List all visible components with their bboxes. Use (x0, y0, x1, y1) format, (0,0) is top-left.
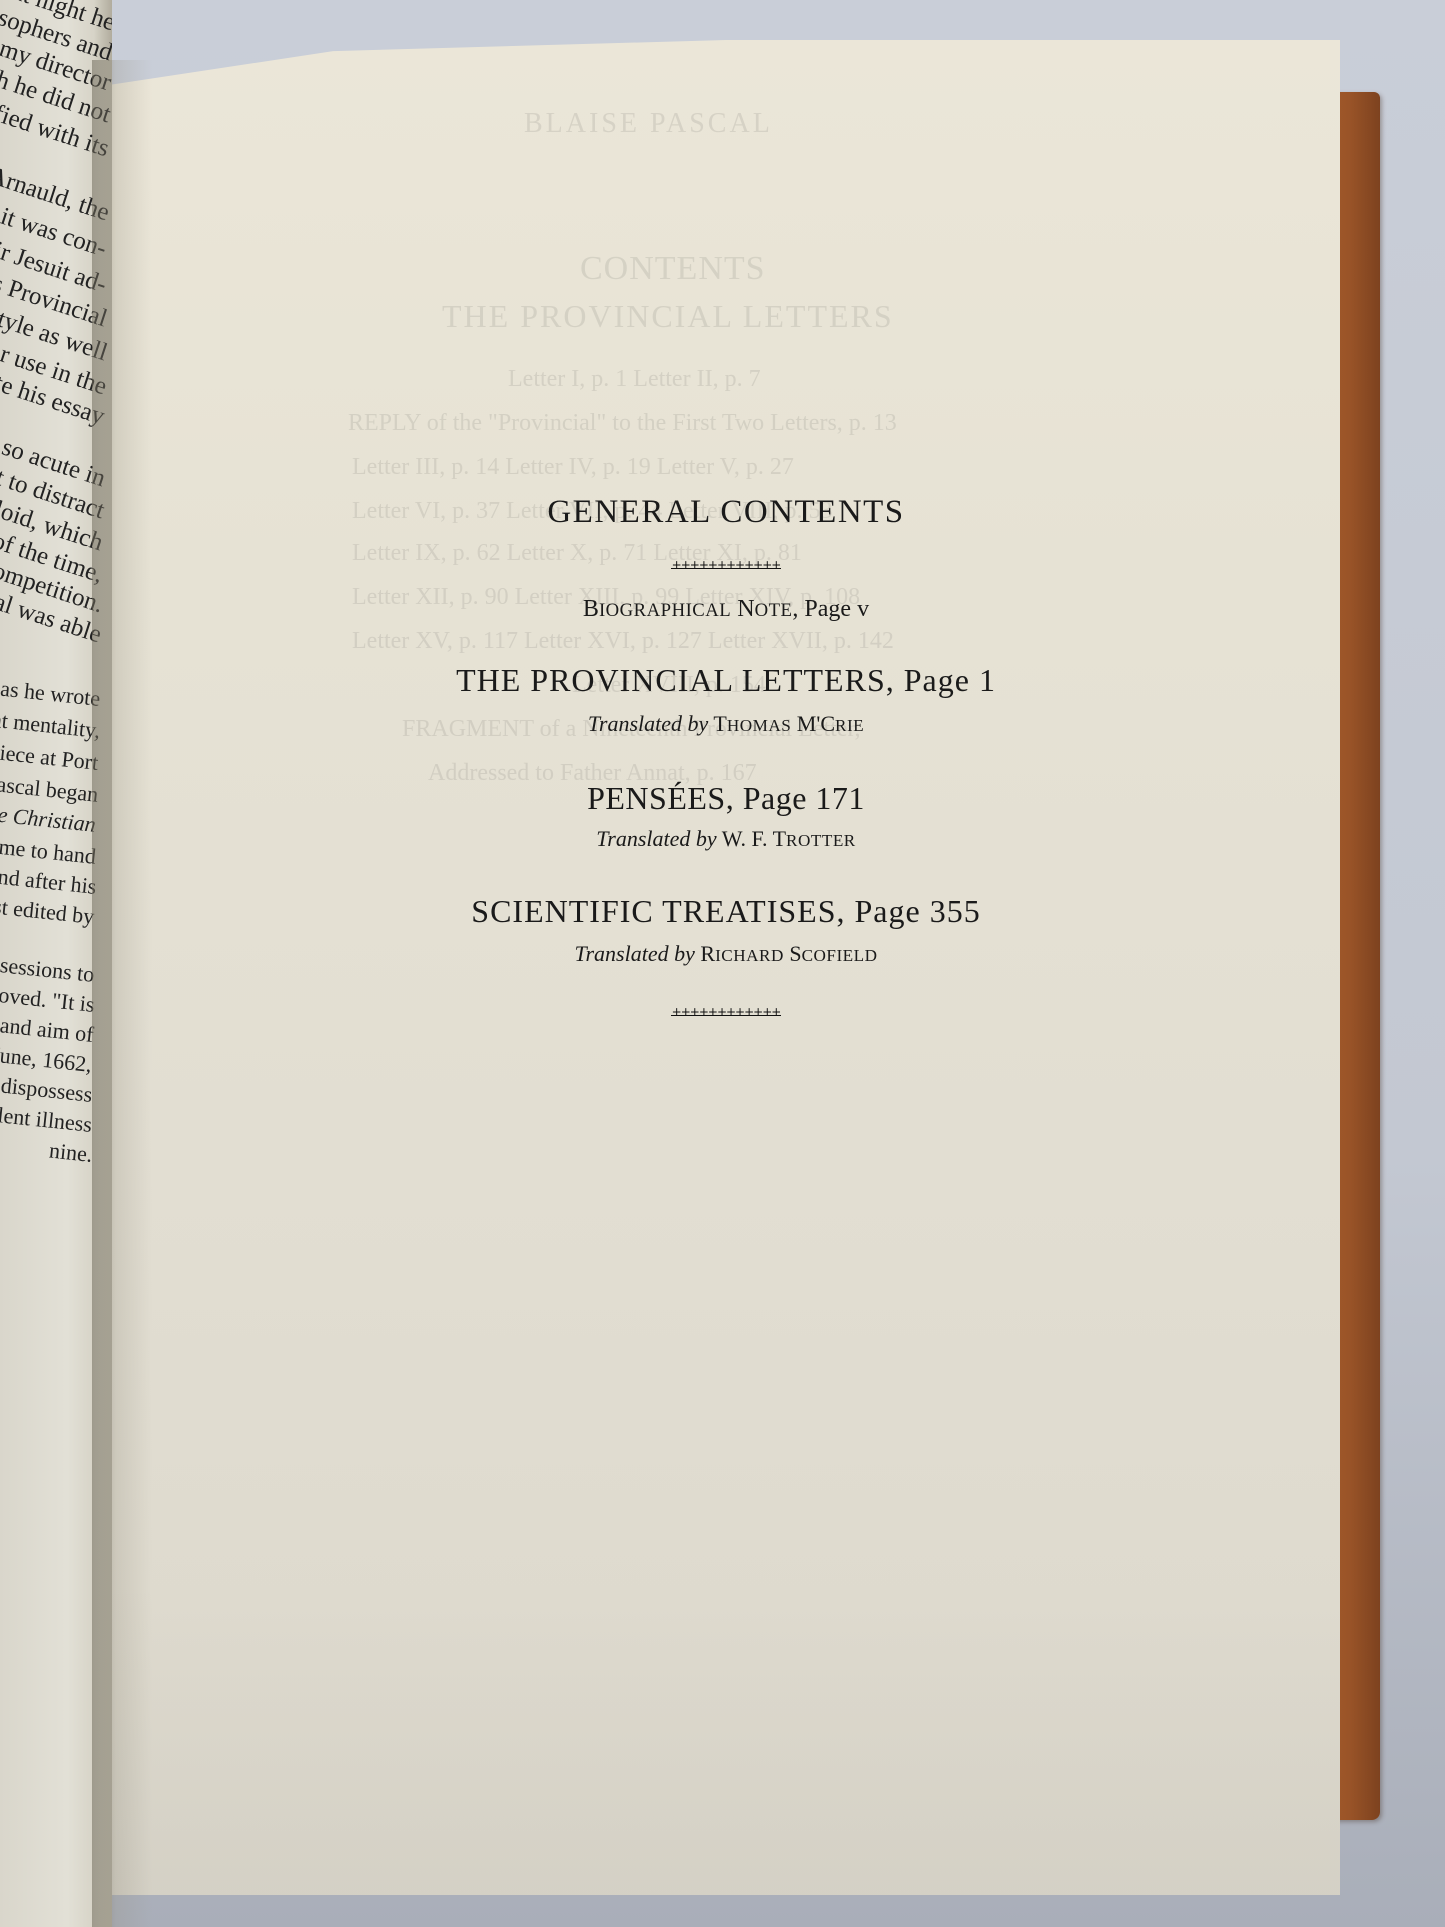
translator-line-provincial-letters: Translated by THOMAS M'CRIE (112, 711, 1340, 737)
translator-rest: HOMAS (727, 716, 791, 735)
left-line: nine. (47, 1138, 93, 1168)
translator-rest: ROTTER (786, 831, 856, 850)
left-line: possessions to (0, 949, 95, 988)
translator-surname-initial: S (789, 941, 801, 966)
entry-heading-scientific-treatises: SCIENTIFIC TREATISES, Page 355 (112, 893, 1340, 930)
left-line: loved. "It is (0, 981, 95, 1018)
ornament-rule: ++++++++++++ (671, 1007, 782, 1016)
translator-initial: R (700, 941, 715, 966)
bio-label2-initial: N (737, 596, 754, 622)
translator-line-pensees: Translated by W. F. TROTTER (112, 826, 1340, 852)
left-page: ry that night he of Philosophers and t a… (0, 0, 112, 1927)
bio-label2-rest: OTE (755, 600, 793, 621)
translated-by-label: Translated by (596, 826, 716, 851)
translator-line-scientific-treatises: Translated by RICHARD SCOFIELD (112, 941, 1340, 967)
bio-page: , Page v (792, 596, 869, 622)
translator-surname-rest: RIE (835, 716, 864, 735)
translator-initial: W. F. T (722, 826, 786, 851)
translator-rest: ICHARD (715, 946, 784, 965)
left-line: nd," as he wrote (0, 671, 101, 712)
ornament-divider-bottom: ++++++++++++ (112, 1003, 1340, 1021)
translator-surname-rest: COFIELD (802, 946, 878, 965)
biographical-note-entry: BIOGRAPHICAL NOTE, Page v (112, 596, 1340, 623)
page-title: GENERAL CONTENTS (112, 494, 1340, 531)
translated-by-label: Translated by (574, 941, 694, 966)
right-page (112, 40, 1340, 1895)
ornament-rule: ++++++++++++ (671, 560, 782, 569)
entry-heading-provincial-letters: THE PROVINCIAL LETTERS, Page 1 (112, 662, 1340, 699)
translated-by-label: Translated by (588, 711, 708, 736)
translator-initial: T (713, 711, 726, 736)
translator-surname-initial: M'C (797, 711, 835, 736)
bio-label-initial: B (583, 596, 599, 622)
bio-label-rest: IOGRAPHICAL (599, 600, 731, 621)
entry-heading-pensees: PENSÉES, Page 171 (112, 780, 1340, 817)
ornament-divider-top: ++++++++++++ (112, 556, 1340, 574)
